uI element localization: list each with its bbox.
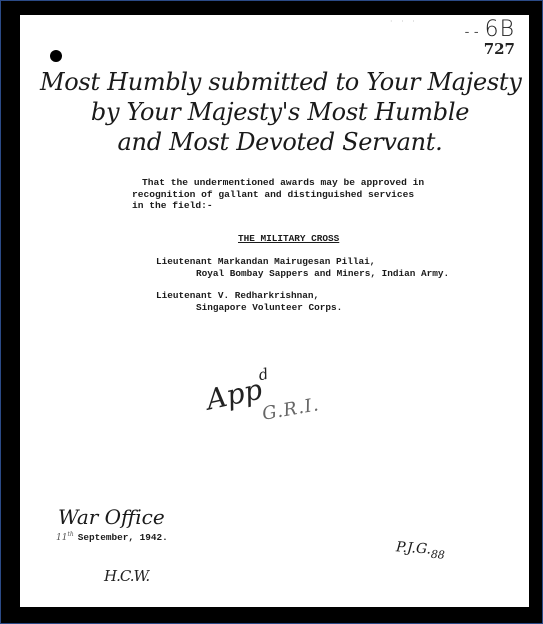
recipient-unit: Royal Bombay Sappers and Miners, Indian … [156, 268, 449, 280]
salutation-line: by Your Majesty's Most Humble [40, 97, 520, 127]
punch-hole-icon [50, 50, 62, 62]
reference-dashes: - - [465, 24, 479, 40]
document-page: · · · - -6B 727 Most Humbly submitted to… [20, 15, 529, 607]
recipient-name: Lieutenant V. Redharkrishnan, [156, 290, 342, 302]
initials-right: P.J.G.88 [396, 539, 446, 558]
award-title: THE MILITARY CROSS [238, 233, 339, 244]
handwritten-code: 6B [485, 17, 515, 42]
place-of-issue: War Office [58, 505, 165, 529]
recipient-name: Lieutenant Markandan Mairugesan Pillai, [156, 256, 449, 268]
salutation-heading: Most Humbly submitted to Your Majesty by… [40, 67, 520, 157]
approval-text: App [203, 373, 265, 417]
initials-right-text: P.J.G. [396, 539, 432, 557]
date-day: 11th [56, 533, 74, 543]
scan-specks: · · · [390, 17, 418, 26]
recipient-entry: Lieutenant V. Redharkrishnan, Singapore … [156, 290, 342, 314]
folio-number: 727 [465, 41, 515, 57]
initials-right-suffix: 88 [430, 548, 445, 562]
salutation-line: Most Humbly submitted to Your Majesty [40, 67, 520, 97]
recipient-entry: Lieutenant Markandan Mairugesan Pillai, … [156, 256, 449, 280]
initials-left: H.C.W. [104, 567, 149, 585]
date-line: 11thSeptember, 1942. [56, 531, 168, 543]
submission-text: That the undermentioned awards may be ap… [132, 177, 492, 212]
day-number: 11 [56, 533, 67, 543]
date-text: September, 1942. [78, 532, 168, 543]
recipient-unit: Singapore Volunteer Corps. [156, 302, 342, 314]
reference-mark: - -6B 727 [465, 19, 515, 57]
salutation-line: and Most Devoted Servant. [40, 127, 520, 157]
royal-approval: Appd G.R.I. [206, 377, 272, 410]
day-suffix: th [67, 531, 73, 538]
intro-paragraph: That the undermentioned awards may be ap… [132, 177, 492, 212]
viewer-frame: · · · - -6B 727 Most Humbly submitted to… [0, 0, 543, 624]
